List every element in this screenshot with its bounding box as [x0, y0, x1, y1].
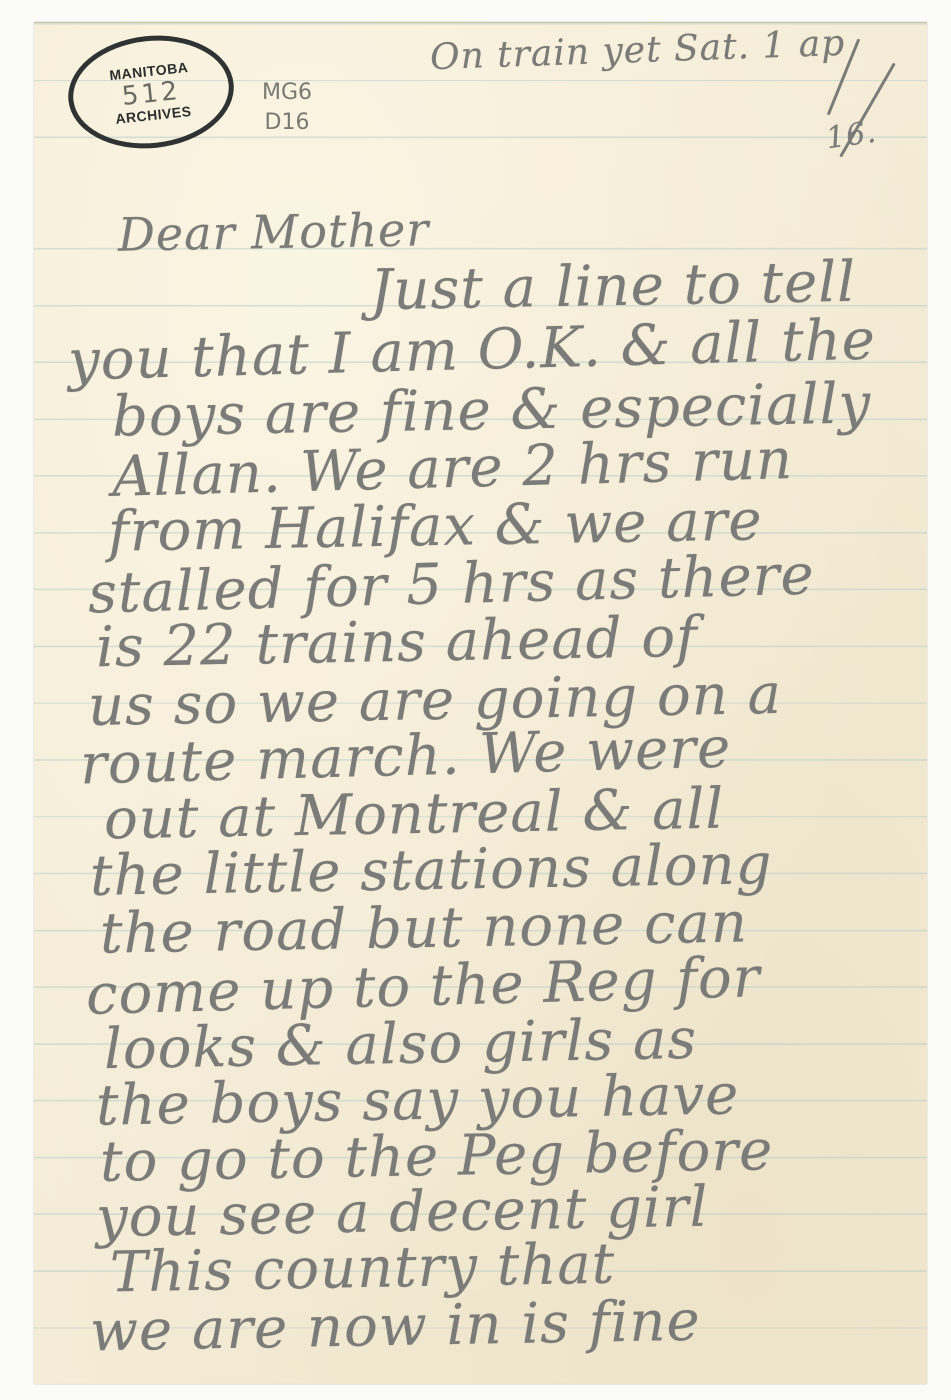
date-year: 16.: [824, 115, 879, 157]
body-line: we are now in is fine: [89, 1289, 701, 1365]
reference-line-2: D16: [252, 108, 322, 138]
reference-line-1: MG6: [252, 78, 322, 108]
archive-reference: MG6 D16: [252, 78, 322, 138]
salutation: Dear Mother: [118, 202, 430, 261]
